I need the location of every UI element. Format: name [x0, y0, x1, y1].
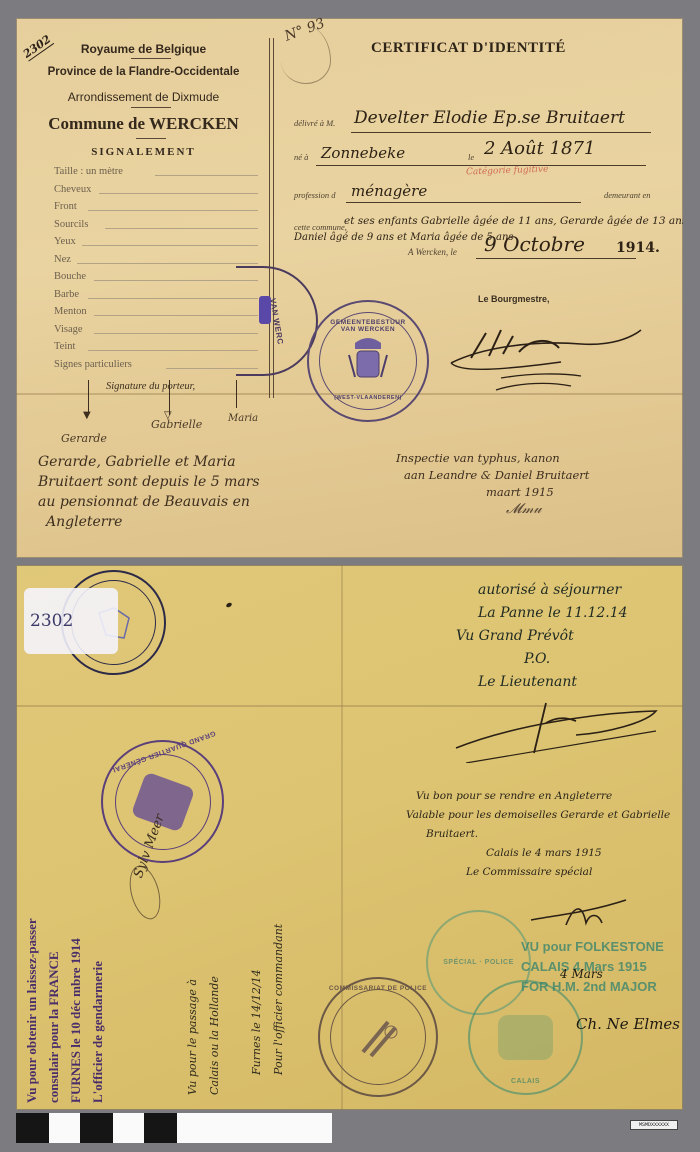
identity-certificate-front: 2302 Royaume de Belgique Province de la …: [16, 18, 683, 558]
mayor-label: Le Bourgmestre,: [478, 294, 550, 304]
child-label-maria: Maria: [228, 413, 258, 424]
stamp-line: VU pour FOLKESTONE: [521, 937, 683, 957]
issue-date: 9 Octobre: [484, 232, 585, 256]
place-date-label: A Wercken, le: [408, 247, 457, 257]
signalement-field: Front: [54, 197, 264, 214]
note-line: Le Lieutenant: [456, 671, 683, 694]
field-label: Signes particuliers: [54, 359, 132, 370]
signalement-field: Signes particuliers: [54, 355, 264, 372]
signalement-field: Visage: [54, 320, 264, 337]
handwritten-authorization: autorisé à séjournerLa Panne le 11.12.14…: [456, 579, 683, 694]
birth-place: Zonnebeke: [321, 144, 405, 162]
scale-segment: [144, 1113, 177, 1143]
visa-print-line: L'officier de gendarmerie: [90, 961, 106, 1103]
field-label: Cheveux: [54, 184, 91, 195]
signalement-heading: SIGNALEMENT: [16, 146, 271, 158]
signalement-field: Taille : un mètre: [54, 162, 264, 179]
visa-hand-line: Calais ou la Hollande: [208, 976, 221, 1095]
handwritten-note-left: Gerarde, Gabrielle et MariaBruitaert son…: [38, 452, 358, 532]
ink-spot: [225, 602, 232, 608]
birth-date: 2 Août 1871: [484, 138, 595, 159]
child-label-gabrielle: Gabrielle: [151, 418, 202, 431]
header-rule: [131, 107, 171, 108]
signalement-field: Nez: [54, 250, 264, 267]
mayor-signature: [441, 318, 651, 398]
field-line: [99, 193, 258, 194]
archive-label: 2302: [24, 588, 118, 654]
note-line: Vu Grand Prévôt: [456, 625, 683, 648]
field-label: Menton: [54, 306, 87, 317]
note-line: Bruitaert sont depuis le 5 mars: [38, 472, 358, 492]
field-label: Yeux: [54, 236, 76, 247]
field-line: [88, 298, 258, 299]
note-right-signature: 𝓜𝓂𝓊: [506, 501, 541, 517]
red-annotation: Catégorie fugitive: [466, 165, 549, 178]
visa-hand-line: Furnes le 14/12/14: [250, 969, 263, 1075]
holder-name: Develter Elodie Ep.se Bruitaert: [354, 108, 625, 128]
field-line: [88, 350, 258, 351]
scale-segment: [113, 1113, 144, 1143]
born-label: né à: [294, 152, 308, 162]
field-label: Teint: [54, 341, 75, 352]
signature-label: Signature du porteur,: [106, 381, 195, 392]
certificate-title: CERTIFICAT D'IDENTITÉ: [371, 40, 566, 57]
police-commissariat-stamp: COMMISSARIAT DE POLICE: [318, 977, 438, 1097]
note-line: autorisé à séjourner: [456, 579, 683, 602]
form-line: [351, 132, 651, 133]
field-line: [94, 280, 258, 281]
header-arrondissement: Arrondissement de Dixmude: [16, 90, 271, 104]
commissioner-signature: [526, 895, 636, 935]
field-label: Bouche: [54, 271, 86, 282]
note-line: Gerarde, Gabrielle et Maria: [38, 452, 358, 472]
note-line: Bruitaert.: [406, 825, 683, 844]
header-rule: [136, 138, 166, 139]
header-kingdom: Royaume de Belgique: [16, 42, 271, 56]
archive-id-tag: MSMDXXXXXX: [630, 1120, 678, 1130]
signalement-field: Barbe: [54, 285, 264, 302]
note-line: Angleterre: [38, 512, 358, 532]
profession-label: profession d: [294, 190, 335, 200]
field-label: Sourcils: [54, 219, 88, 230]
field-label: Barbe: [54, 289, 79, 300]
header-commune: Commune de WERCKEN: [16, 114, 271, 134]
note-line: au pensionnat de Beauvais en: [38, 492, 358, 512]
commune-line-label: cette commune,: [294, 222, 347, 232]
field-label: Nez: [54, 254, 71, 265]
handwritten-calais-visa: Vu bon pour se rendre en AngleterreValab…: [406, 787, 683, 882]
arrow-line: [236, 380, 237, 408]
visa-print-line: consulair pour la FRANCE: [46, 951, 62, 1103]
color-scale-bar: [16, 1113, 332, 1143]
visa-print-line: FURNES le 10 déc mbre 1914: [68, 938, 84, 1103]
coat-of-arms-icon: [345, 335, 391, 387]
lieutenant-signature: [446, 693, 666, 763]
child-label-gerarde: Gerarde: [61, 432, 107, 445]
form-line: [476, 258, 636, 259]
stamp-top-text: GEMEENTEBESTUUR VAN WERCKEN: [323, 319, 413, 333]
scale-segment: [49, 1113, 80, 1143]
form-line: [346, 202, 581, 203]
field-line: [82, 245, 258, 246]
note-line: maart 1915: [396, 484, 683, 501]
visa-hand-line: Vu pour le passage à: [186, 979, 199, 1095]
note-line: Inspectie van typhus, kanon: [396, 450, 683, 467]
commune-seal-stamp: GEMEENTEBESTUUR VAN WERCKEN (WEST-VLAAND…: [307, 300, 429, 422]
ink-blot: [259, 296, 271, 324]
field-line: [77, 263, 258, 264]
residence-label: demeurant en: [604, 190, 651, 200]
note-line: Calais le 4 mars 1915: [406, 844, 683, 863]
signalement-field: Sourcils: [54, 215, 264, 232]
signalement-field: Yeux: [54, 232, 264, 249]
visa-print-line: Vu pour obtenir un laissez-passer: [24, 918, 40, 1103]
born-date-label: le: [468, 152, 474, 162]
officer-signature: Ch. Ne Elmes: [576, 1015, 680, 1033]
note-line: Valable pour les demoiselles Gerarde et …: [406, 806, 683, 825]
field-line: [88, 210, 258, 211]
scale-segment: [80, 1113, 113, 1143]
profession-value: ménagère: [351, 182, 427, 200]
arrow-down-icon: ▼: [83, 410, 91, 421]
visa-hand-line: Pour l'officier commandant: [272, 924, 285, 1075]
identity-certificate-back: 2302 autorisé à séjournerLa Panne le 11.…: [16, 565, 683, 1110]
form-line: [316, 165, 646, 166]
signalement-field: Cheveux: [54, 180, 264, 197]
header-province: Province de la Flandre-Occidentale: [16, 66, 271, 78]
issue-year: 1914.: [616, 240, 660, 256]
partial-commune-stamp: VAN WERC: [236, 266, 318, 376]
handwritten-note-right: Inspectie van typhus, kanonaan Leandre &…: [396, 450, 683, 501]
delivered-label: délivré à M.: [294, 118, 335, 128]
field-label: Taille : un mètre: [54, 166, 123, 177]
note-line: La Panne le 11.12.14: [456, 602, 683, 625]
stamp-bottom-text: (WEST-VLAANDEREN): [334, 395, 402, 401]
stamp-emblem-icon: [498, 1015, 553, 1060]
signalement-field: Bouche: [54, 267, 264, 284]
field-line: [94, 315, 258, 316]
signalement-field: Teint: [54, 337, 264, 354]
children-line: et ses enfants Gabrielle âgée de 11 ans,…: [344, 215, 683, 227]
archive-label-number: 2302: [30, 611, 73, 631]
note-line: aan Leandre & Daniel Bruitaert: [396, 467, 683, 484]
children-line-2: Daniel âgé de 9 ans et Maria âgée de 5 a…: [294, 232, 514, 243]
registry-bracket: [281, 26, 331, 84]
field-line: [155, 175, 258, 176]
visa-date-handwritten: 4 Mars: [560, 967, 603, 981]
calais-port-stamp: CALAIS: [468, 980, 583, 1095]
signalement-field: Menton: [54, 302, 264, 319]
field-label: Visage: [54, 324, 83, 335]
scale-segment: [16, 1113, 49, 1143]
note-line: Vu bon pour se rendre en Angleterre: [406, 787, 683, 806]
headquarters-stamp: GRAND QUARTIER GÉNÉRAL: [101, 740, 224, 863]
scale-segment: [177, 1113, 332, 1143]
field-line: [94, 333, 258, 334]
field-label: Front: [54, 201, 77, 212]
note-line: Le Commissaire spécial: [406, 863, 683, 882]
signature-loop: [124, 862, 165, 922]
header-rule: [131, 58, 171, 59]
note-line: P.O.: [456, 648, 683, 671]
field-line: [105, 228, 258, 229]
seal-emblem-icon: [353, 1012, 403, 1062]
